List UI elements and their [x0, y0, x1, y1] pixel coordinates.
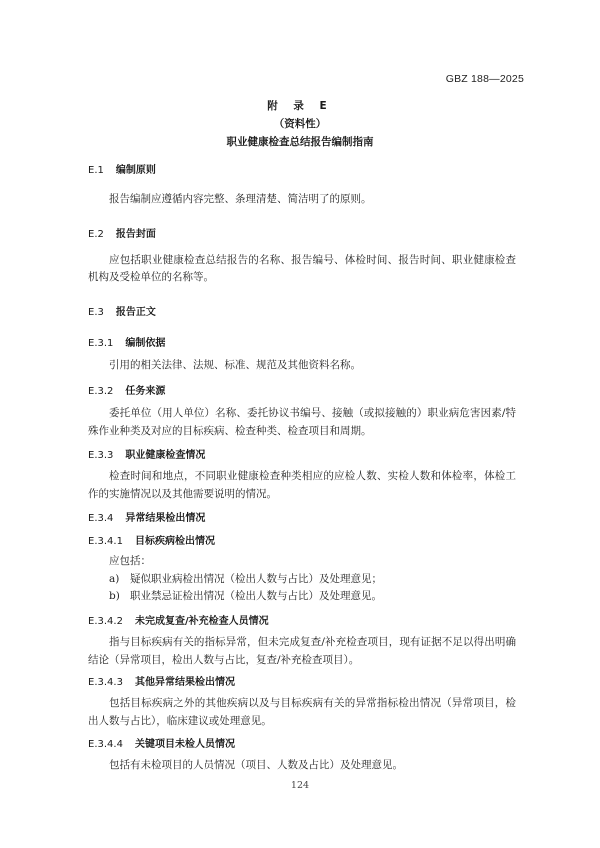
section-heading-e3: E.3报告正文	[88, 303, 156, 318]
section-number: E.3.4.3	[88, 677, 123, 688]
list-item-text: 疑似职业病检出情况（检出人数与占比）及处理意见；	[130, 573, 382, 585]
section-heading-e3-3: E.3.3职业健康检查情况	[88, 446, 205, 461]
section-number: E.2	[88, 229, 104, 240]
section-title: 关键项目未检人员情况	[135, 739, 235, 750]
section-heading-e3-1: E.3.1编制依据	[88, 334, 165, 349]
section-number: E.3	[88, 307, 104, 318]
section-title: 职业健康检查情况	[125, 450, 205, 461]
section-number: E.1	[88, 165, 104, 176]
section-title: 编制原则	[116, 165, 156, 176]
list-marker: b)	[109, 587, 130, 605]
section-number: E.3.4.2	[88, 616, 123, 627]
list-marker: a)	[109, 570, 130, 588]
section-title: 报告正文	[116, 307, 156, 318]
section-body-e3-3: 检查时间和地点，不同职业健康检查种类相应的应检人数、实检人数和体检率，体检工作的…	[88, 467, 516, 503]
section-body-e3-4-2: 指与目标疾病有关的指标异常，但未完成复查/补充检查项目，现有证据不足以得出明确结…	[88, 633, 516, 669]
section-heading-e3-4: E.3.4异常结果检出情况	[88, 509, 205, 524]
section-heading-e1: E.1编制原则	[88, 161, 156, 176]
section-number: E.3.3	[88, 450, 113, 461]
section-body-e3-4-4: 包括有未检项目的人员情况（项目、人数及占比）及处理意见。	[88, 756, 516, 774]
section-number: E.3.1	[88, 338, 113, 349]
section-title: 任务来源	[125, 386, 165, 397]
appendix-label: 附 录 E	[0, 97, 600, 115]
page-number: 124	[0, 780, 600, 791]
section-title: 目标疾病检出情况	[135, 536, 215, 547]
section-body-e2: 应包括职业健康检查总结报告的名称、报告编号、体检时间、报告时间、职业健康检查机构…	[88, 252, 516, 286]
document-page: GBZ 188—2025 附 录 E （资料性） 职业健康检查总结报告编制指南 …	[0, 0, 600, 848]
section-heading-e2: E.2报告封面	[88, 225, 156, 240]
section-number: E.3.4.1	[88, 536, 123, 547]
appendix-main-title: 职业健康检查总结报告编制指南	[0, 133, 600, 151]
section-title: 异常结果检出情况	[125, 513, 205, 524]
section-number: E.3.2	[88, 386, 113, 397]
section-body-e3-1: 引用的相关法律、法规、标准、规范及其他资料名称。	[88, 355, 516, 376]
section-heading-e3-2: E.3.2任务来源	[88, 382, 165, 397]
list-item: b)职业禁忌证检出情况（检出人数与占比）及处理意见。	[88, 587, 516, 605]
section-number: E.3.4	[88, 513, 113, 524]
section-heading-e3-4-4: E.3.4.4关键项目未检人员情况	[88, 735, 235, 750]
section-intro-e3-4-1: 应包括：	[88, 552, 516, 570]
appendix-title-block: 附 录 E （资料性） 职业健康检查总结报告编制指南	[0, 97, 600, 151]
standard-code: GBZ 188—2025	[446, 73, 524, 85]
appendix-nature: （资料性）	[0, 115, 600, 133]
section-number: E.3.4.4	[88, 739, 123, 750]
section-heading-e3-4-1: E.3.4.1目标疾病检出情况	[88, 532, 215, 547]
list-item: a)疑似职业病检出情况（检出人数与占比）及处理意见；	[88, 570, 516, 588]
section-title: 报告封面	[116, 229, 156, 240]
section-heading-e3-4-3: E.3.4.3其他异常结果检出情况	[88, 673, 235, 688]
section-title: 未完成复查/补充检查人员情况	[135, 616, 269, 627]
section-body-e3-2: 委托单位（用人单位）名称、委托协议书编号、接触（或拟接触的）职业病危害因素/特殊…	[88, 404, 516, 440]
section-heading-e3-4-2: E.3.4.2未完成复查/补充检查人员情况	[88, 612, 269, 627]
section-title: 其他异常结果检出情况	[135, 677, 235, 688]
list-item-text: 职业禁忌证检出情况（检出人数与占比）及处理意见。	[130, 590, 382, 602]
section-body-e3-4-3: 包括目标疾病之外的其他疾病以及与目标疾病有关的异常指标检出情况（异常项目，检出人…	[88, 694, 516, 730]
section-body-e1: 报告编制应遵循内容完整、条理清楚、简洁明了的原则。	[88, 189, 516, 210]
section-title: 编制依据	[125, 338, 165, 349]
